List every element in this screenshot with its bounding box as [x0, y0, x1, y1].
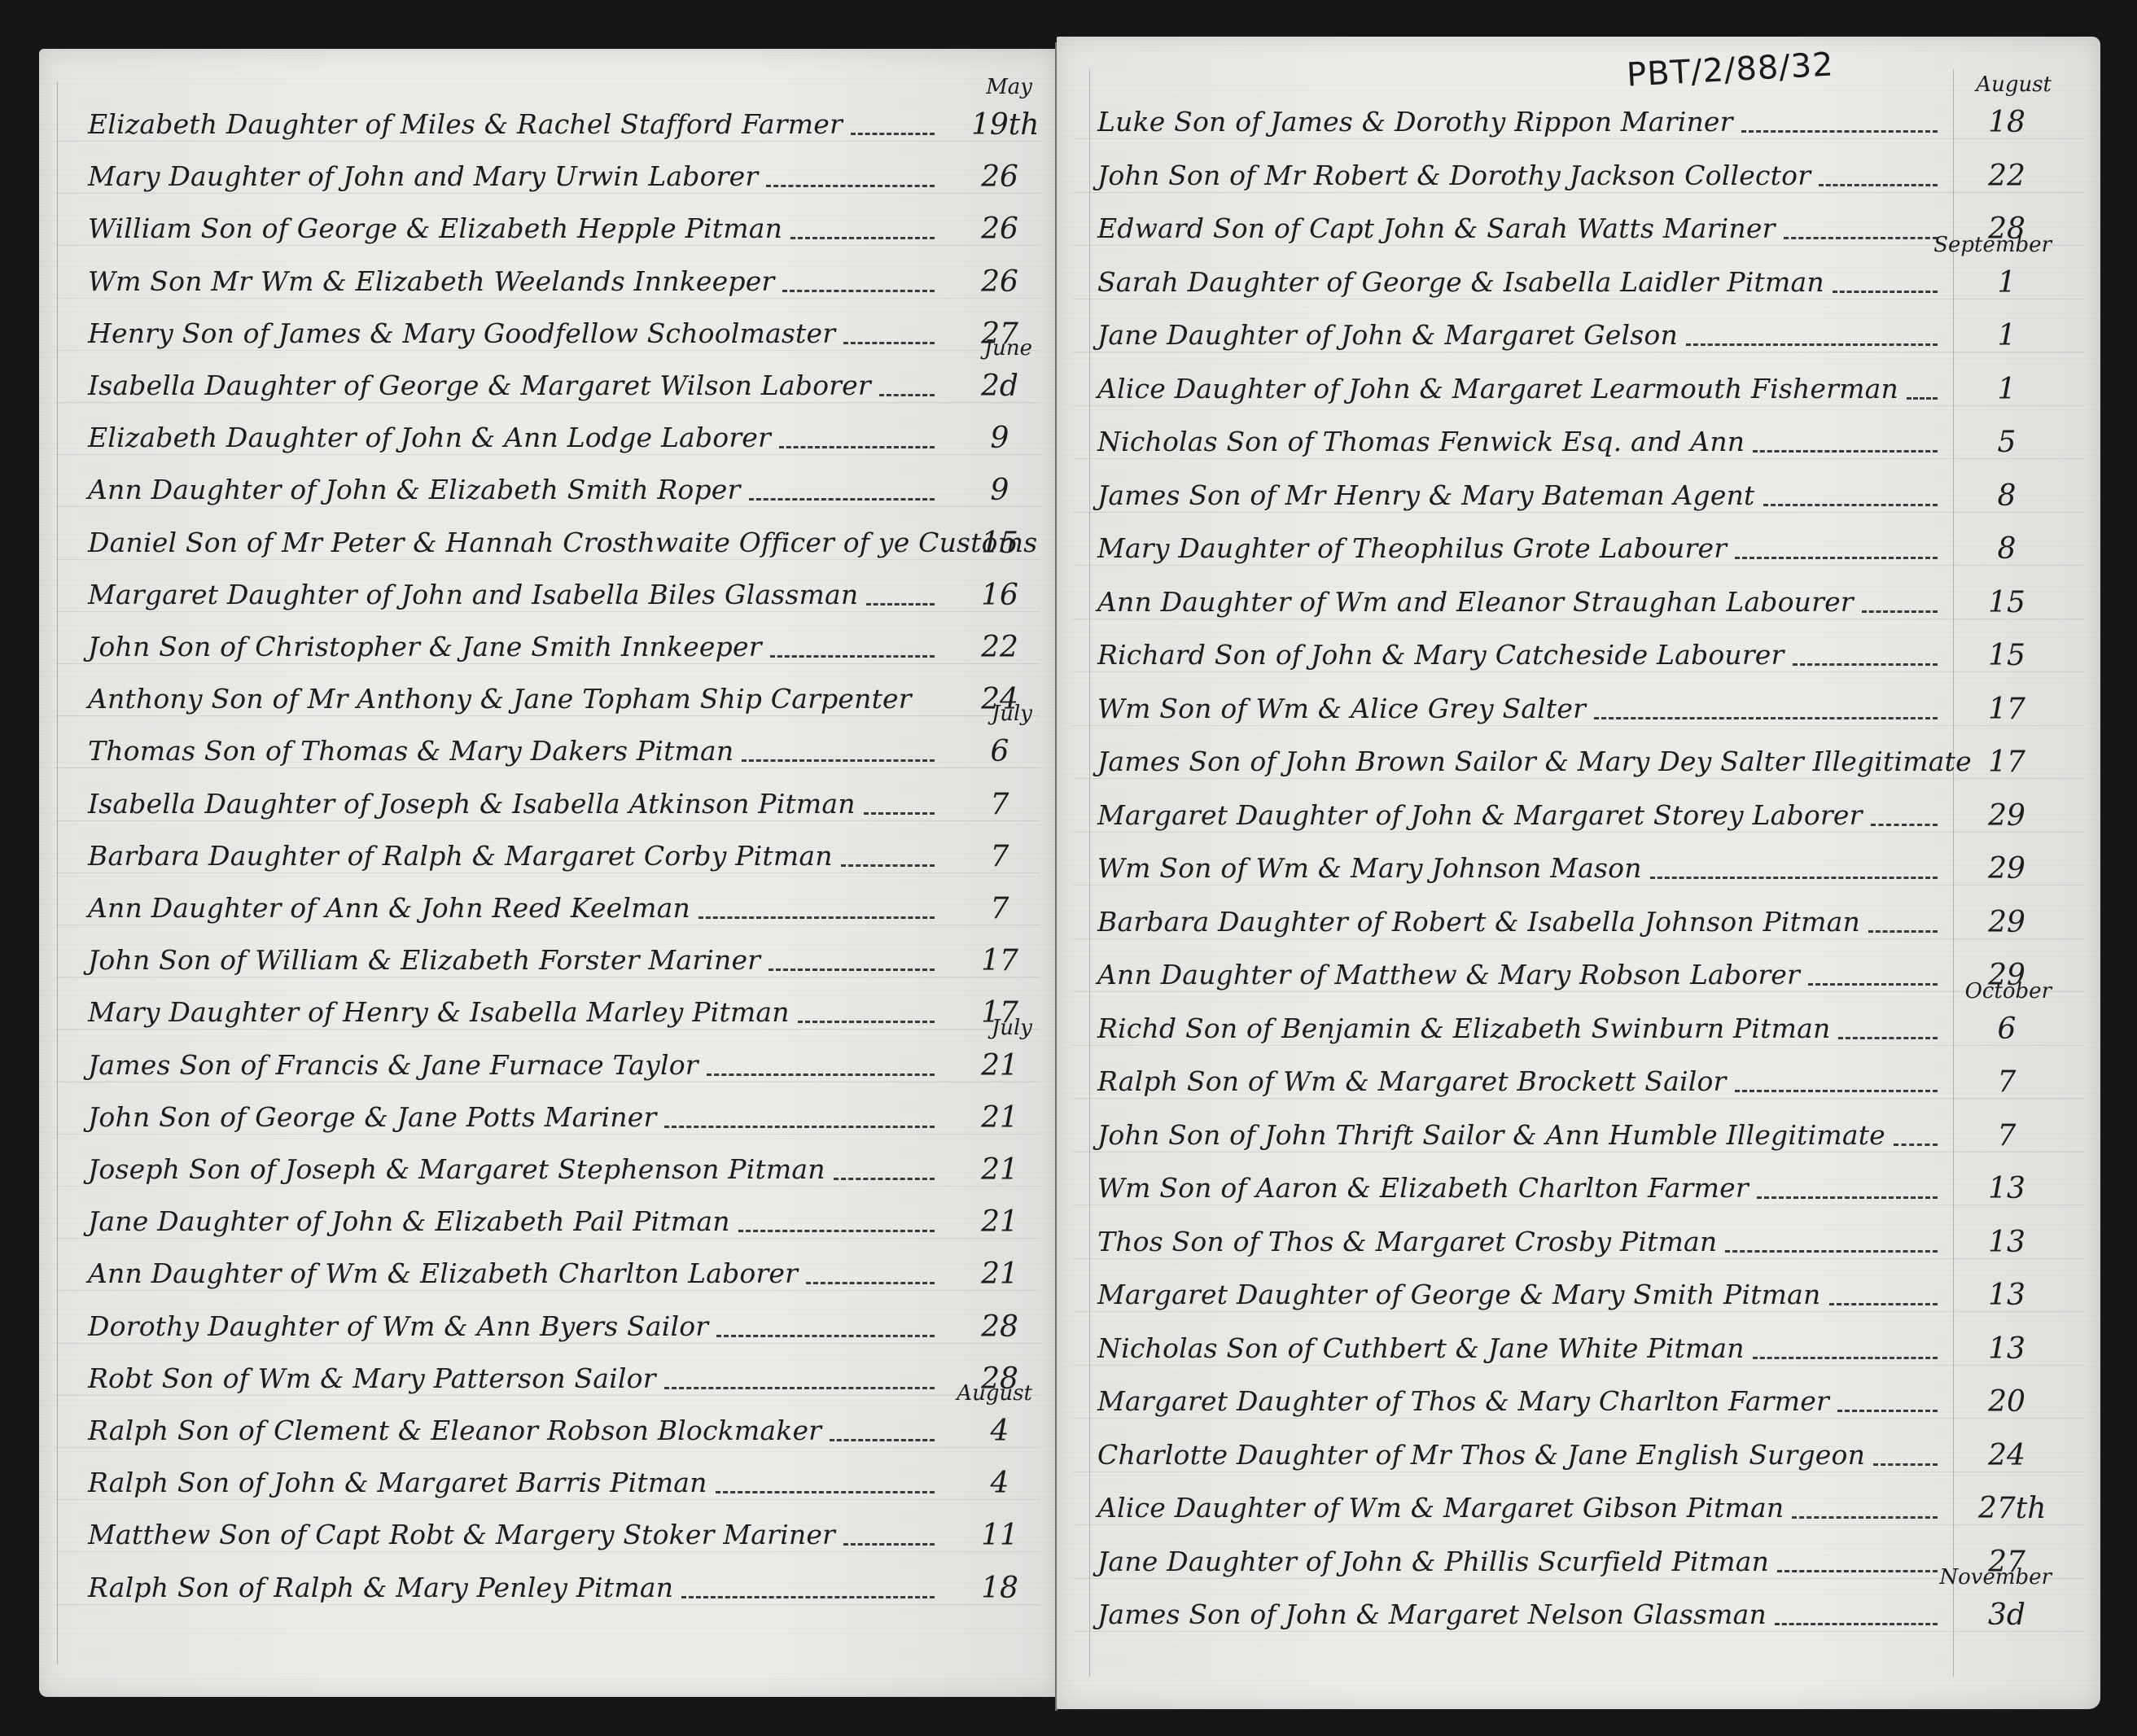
entry-text: Ralph Son of Wm & Margaret Brockett Sail… [1097, 1065, 1727, 1097]
register-entry: Thomas Son of Thomas & Mary Dakers Pitma… [39, 723, 1057, 772]
baptism-day: 27th [1978, 1492, 2035, 1525]
baptism-day: 4 [971, 1467, 1028, 1500]
month-heading: June [984, 336, 1032, 361]
month-heading: November [1939, 1565, 2052, 1590]
entry-text: Margaret Daughter of Thos & Mary Charlto… [1097, 1385, 1829, 1417]
register-entry: Elizabeth Daughter of Miles & Rachel Sta… [39, 96, 1057, 145]
ruled-line [55, 298, 1040, 299]
entry-text: Margaret Daughter of John & Margaret Sto… [1097, 799, 1863, 831]
ruled-line [55, 402, 1040, 403]
register-entry: Alice Daughter of Wm & Margaret Gibson P… [1057, 1480, 2100, 1528]
register-entry: Elizabeth Daughter of John & Ann Lodge L… [39, 409, 1057, 458]
register-entry: Matthew Son of Capt Robt & Margery Stoke… [39, 1506, 1057, 1555]
baptism-day: 15 [971, 527, 1028, 560]
baptism-day: 7 [1978, 1119, 2035, 1152]
entry-text: James Son of John & Margaret Nelson Glas… [1097, 1598, 1767, 1630]
ruled-line [1073, 885, 2084, 885]
register-entry: Mary Daughter of Theophilus Grote Labour… [1057, 520, 2100, 569]
register-entry: Wm Son of Wm & Alice Grey Salter 17 [1057, 680, 2100, 729]
register-entry: Nicholas Son of Thomas Fenwick Esq. and … [1057, 413, 2100, 462]
baptism-day: 8 [1978, 532, 2035, 566]
baptism-day: 21 [971, 1205, 1028, 1239]
ruled-line [1073, 1045, 2084, 1046]
dash-leader [1784, 237, 1938, 239]
baptism-day: 22 [1978, 160, 2035, 193]
register-entry: Jane Daughter of John & Elizabeth Pail P… [39, 1193, 1057, 1242]
dash-leader [830, 1439, 935, 1441]
ruled-line [1073, 458, 2084, 459]
ruled-line [1073, 1365, 2084, 1366]
dash-leader [716, 1491, 935, 1493]
baptism-day: 17 [1978, 746, 2035, 779]
month-heading: October [1965, 979, 2052, 1004]
baptism-day: 17 [1978, 693, 2035, 726]
dash-leader [790, 237, 935, 239]
ruled-line [55, 1186, 1040, 1187]
ruled-line [1073, 565, 2084, 566]
ruled-line [55, 506, 1040, 507]
dash-leader [779, 446, 935, 448]
ruled-line [1073, 832, 2084, 833]
dash-leader [681, 1596, 935, 1598]
dash-leader [769, 969, 935, 971]
dash-leader [749, 498, 935, 501]
register-entry: James Son of Mr Henry & Mary Bateman Age… [1057, 467, 2100, 516]
dash-leader [698, 916, 935, 919]
entry-text: Mary Daughter of John and Mary Urwin Lab… [88, 160, 758, 192]
register-entry: Ann Daughter of Matthew & Mary Robson La… [1057, 947, 2100, 995]
register-entry: James Son of Francis & Jane Furnace Tayl… [39, 1037, 1057, 1086]
baptism-day: 13 [1978, 1172, 2035, 1205]
entry-text: Thomas Son of Thomas & Mary Dakers Pitma… [88, 735, 733, 767]
ruled-line [1073, 1311, 2084, 1312]
ruled-line [1073, 245, 2084, 246]
month-heading: September [1933, 233, 2052, 257]
register-entry: Dorothy Daughter of Wm & Ann Byers Sailo… [39, 1298, 1057, 1347]
ruled-line [55, 767, 1040, 768]
dash-leader [1819, 184, 1938, 186]
entry-text: James Son of Francis & Jane Furnace Tayl… [88, 1049, 698, 1081]
entry-text: Dorothy Daughter of Wm & Ann Byers Sailo… [88, 1310, 708, 1342]
register-entry: Barbara Daughter of Ralph & Margaret Cor… [39, 828, 1057, 877]
register-entry: Wm Son of Aaron & Elizabeth Charlton Far… [1057, 1160, 2100, 1209]
baptism-day: 7 [971, 892, 1028, 925]
left-page: Elizabeth Daughter of Miles & Rachel Sta… [39, 49, 1057, 1697]
entry-text: Isabella Daughter of George & Margaret W… [88, 370, 871, 401]
baptism-day: 29 [1978, 799, 2035, 833]
ruled-line [1073, 1418, 2084, 1419]
register-entry: Ann Daughter of Wm & Elizabeth Charlton … [39, 1245, 1057, 1294]
baptism-day: 29 [1978, 906, 2035, 939]
ruled-line [55, 1082, 1040, 1082]
baptism-day: 8 [1978, 479, 2035, 513]
dash-leader [1757, 1196, 1938, 1199]
baptism-day: 21 [971, 1101, 1028, 1135]
dash-leader [798, 1021, 935, 1023]
entry-text: John Son of George & Jane Potts Mariner [88, 1101, 656, 1133]
ruled-line [55, 977, 1040, 977]
register-entry: John Son of William & Elizabeth Forster … [39, 932, 1057, 981]
dash-leader [1894, 1143, 1938, 1146]
dash-leader [851, 133, 935, 135]
register-entry: Ralph Son of Wm & Margaret Brockett Sail… [1057, 1053, 2100, 1102]
ruled-line [55, 1499, 1040, 1500]
register-entry: Alice Daughter of John & Margaret Learmo… [1057, 361, 2100, 409]
baptism-day: 5 [1978, 426, 2035, 459]
ruled-line [1073, 138, 2084, 139]
ruled-line [55, 820, 1040, 821]
dash-leader [1862, 610, 1938, 613]
entry-text: Nicholas Son of Cuthbert & Jane White Pi… [1097, 1332, 1745, 1364]
dash-leader [806, 1282, 935, 1284]
entry-text: Mary Daughter of Henry & Isabella Marley… [88, 996, 790, 1028]
entry-text: Alice Daughter of John & Margaret Learmo… [1097, 373, 1898, 404]
register-entry: William Son of George & Elizabeth Hepple… [39, 200, 1057, 249]
ruled-line [55, 1395, 1040, 1396]
entry-text: Barbara Daughter of Ralph & Margaret Cor… [88, 840, 833, 872]
baptism-day: 18 [971, 1572, 1028, 1605]
baptism-day: 26 [971, 265, 1028, 299]
entry-text: Isabella Daughter of Joseph & Isabella A… [88, 788, 856, 820]
register-entry: Luke Son of James & Dorothy Rippon Marin… [1057, 94, 2100, 142]
ruled-line [1073, 938, 2084, 939]
register-entry: Jane Daughter of John & Margaret Gelson … [1057, 307, 2100, 356]
register-entry: Ralph Son of Ralph & Mary Penley Pitman … [39, 1559, 1057, 1608]
dash-leader [1775, 1623, 1938, 1625]
entry-text: Edward Son of Capt John & Sarah Watts Ma… [1097, 212, 1776, 244]
register-entry: Margaret Daughter of John and Isabella B… [39, 566, 1057, 615]
baptism-day: 26 [971, 160, 1028, 194]
ruled-line [55, 1134, 1040, 1135]
baptism-day: 18 [1978, 106, 2035, 139]
baptism-day: 13 [1978, 1279, 2035, 1312]
baptism-day: 29 [1978, 852, 2035, 885]
ruled-line [1073, 725, 2084, 726]
entry-text: Ralph Son of Ralph & Mary Penley Pitman [88, 1572, 673, 1603]
archive-reference-label: PBT/2/88/32 [1626, 46, 1835, 94]
entry-text: Alice Daughter of Wm & Margaret Gibson P… [1097, 1492, 1784, 1524]
ruled-line [55, 245, 1040, 246]
ruled-line [55, 1447, 1040, 1448]
baptism-day: 17 [971, 944, 1028, 977]
register-entry: Ann Daughter of Wm and Eleanor Straughan… [1057, 574, 2100, 623]
register-entry: Wm Son of Wm & Mary Johnson Mason 29 [1057, 840, 2100, 889]
entry-text: Margaret Daughter of George & Mary Smith… [1097, 1279, 1821, 1310]
entry-text: James Son of John Brown Sailor & Mary De… [1097, 746, 1972, 777]
baptism-day: 19th [971, 108, 1028, 142]
entry-text: Charlotte Daughter of Mr Thos & Jane Eng… [1097, 1439, 1865, 1471]
entry-text: Elizabeth Daughter of Miles & Rachel Sta… [88, 108, 843, 140]
register-entry: John Son of John Thrift Sailor & Ann Hum… [1057, 1107, 2100, 1156]
dash-leader [742, 759, 935, 762]
register-entry: Ralph Son of John & Margaret Barris Pitm… [39, 1454, 1057, 1503]
baptism-day: 15 [1978, 586, 2035, 619]
baptism-day: 13 [1978, 1226, 2035, 1259]
month-heading: August [957, 1381, 1032, 1406]
entry-text: Jane Daughter of John & Phillis Scurfiel… [1097, 1546, 1769, 1577]
dash-leader [1763, 504, 1938, 506]
baptism-day: 4 [971, 1415, 1028, 1448]
dash-leader [1741, 130, 1938, 133]
baptism-day: 2d [971, 370, 1028, 403]
dash-leader [843, 1543, 935, 1546]
dash-leader [1907, 397, 1938, 400]
ruled-line [1073, 192, 2084, 193]
baptism-day: 6 [971, 735, 1028, 768]
entry-text: Anthony Son of Mr Anthony & Jane Topham … [88, 683, 912, 715]
ruled-line [55, 559, 1040, 560]
ruled-line [1073, 405, 2084, 406]
ruled-line [1073, 1258, 2084, 1259]
ruled-line [55, 1238, 1040, 1239]
entry-text: Elizabeth Daughter of John & Ann Lodge L… [88, 422, 771, 453]
dash-leader [664, 1126, 935, 1128]
baptism-day: 15 [1978, 639, 2035, 672]
baptism-day: 21 [971, 1257, 1028, 1291]
register-entry: John Son of Christopher & Jane Smith Inn… [39, 619, 1057, 667]
dash-leader [1829, 1303, 1938, 1305]
ruled-line [1073, 1152, 2084, 1152]
register-entry: Margaret Daughter of Thos & Mary Charlto… [1057, 1373, 2100, 1422]
ruled-line [1073, 512, 2084, 513]
dash-leader [879, 394, 935, 396]
entry-text: Ralph Son of Clement & Eleanor Robson Bl… [88, 1415, 821, 1446]
ruled-line [55, 1343, 1040, 1344]
ruled-line [55, 925, 1040, 925]
dash-leader [1686, 343, 1938, 346]
ruled-line [55, 715, 1040, 716]
entry-text: Thos Son of Thos & Margaret Crosby Pitma… [1097, 1226, 1717, 1257]
baptism-day: 6 [1978, 1012, 2035, 1046]
month-heading: July [992, 702, 1032, 726]
register-entry: Richard Son of John & Mary Catcheside La… [1057, 627, 2100, 676]
ruled-line [1073, 991, 2084, 992]
entry-text: Ann Daughter of John & Elizabeth Smith R… [88, 474, 741, 505]
dash-leader [1838, 1037, 1938, 1039]
dash-leader [1792, 1516, 1938, 1519]
register-entry: John Son of Mr Robert & Dorothy Jackson … [1057, 147, 2100, 196]
month-heading: August [1976, 72, 2052, 97]
entry-text: Wm Son of Wm & Mary Johnson Mason [1097, 852, 1642, 884]
register-entry: Richd Son of Benjamin & Elizabeth Swinbu… [1057, 1000, 2100, 1049]
baptism-day: 11 [971, 1519, 1028, 1552]
ruled-line [55, 1290, 1040, 1291]
dash-leader [770, 655, 935, 658]
register-entry: John Son of George & Jane Potts Mariner … [39, 1089, 1057, 1138]
register-entry: Isabella Daughter of Joseph & Isabella A… [39, 776, 1057, 824]
register-entry: Isabella Daughter of George & Margaret W… [39, 357, 1057, 406]
entry-text: Ann Daughter of Wm and Eleanor Straughan… [1097, 586, 1854, 618]
baptism-day: 26 [971, 212, 1028, 246]
dash-leader [664, 1387, 935, 1389]
register-entry: Ralph Son of Clement & Eleanor Robson Bl… [39, 1402, 1057, 1451]
dash-leader [1650, 877, 1938, 879]
dash-leader [843, 342, 935, 344]
entry-text: Wm Son of Wm & Alice Grey Salter [1097, 693, 1586, 724]
entry-text: Sarah Daughter of George & Isabella Laid… [1097, 266, 1824, 298]
entry-text: Matthew Son of Capt Robt & Margery Stoke… [88, 1519, 835, 1550]
register-entry: Barbara Daughter of Robert & Isabella Jo… [1057, 894, 2100, 942]
ruled-line [1073, 619, 2084, 619]
ruled-line [55, 611, 1040, 612]
dash-leader [1735, 1090, 1938, 1092]
entry-text: John Son of John Thrift Sailor & Ann Hum… [1097, 1119, 1885, 1151]
entry-text: William Son of George & Elizabeth Hepple… [88, 212, 782, 244]
entry-text: Wm Son of Aaron & Elizabeth Charlton Far… [1097, 1172, 1749, 1204]
ruled-line [55, 454, 1040, 455]
dash-leader [1753, 1357, 1938, 1359]
dash-leader [1725, 1250, 1938, 1253]
entry-text: Wm Son Mr Wm & Elizabeth Weelands Innkee… [88, 265, 774, 297]
baptism-day: 3d [1978, 1598, 2035, 1632]
dash-leader [707, 1074, 935, 1076]
ruled-line [1073, 1471, 2084, 1472]
dash-leader [1871, 824, 1938, 826]
baptism-day: 1 [1978, 266, 2035, 300]
dash-leader [1868, 930, 1938, 933]
entry-text: Richard Son of John & Mary Catcheside La… [1097, 639, 1784, 671]
baptism-day: 22 [971, 631, 1028, 664]
baptism-day: 13 [1978, 1332, 2035, 1366]
ruled-line [55, 350, 1040, 351]
ruled-line [1073, 1631, 2084, 1632]
entry-text: Ralph Son of John & Margaret Barris Pitm… [88, 1467, 707, 1498]
ruled-line [1073, 352, 2084, 352]
dash-leader [1833, 291, 1938, 293]
ruled-line [1073, 299, 2084, 300]
baptism-day: 1 [1978, 319, 2035, 352]
baptism-day: 1 [1978, 373, 2035, 406]
baptism-day: 7 [971, 788, 1028, 821]
entry-text: John Son of Christopher & Jane Smith Inn… [88, 631, 762, 662]
entry-text: James Son of Mr Henry & Mary Bateman Age… [1097, 479, 1755, 511]
dash-leader [1837, 1410, 1938, 1412]
entry-text: Daniel Son of Mr Peter & Hannah Crosthwa… [88, 527, 1037, 558]
ruled-line [1073, 1524, 2084, 1525]
dash-leader [841, 864, 935, 867]
entry-text: Luke Son of James & Dorothy Rippon Marin… [1097, 106, 1733, 138]
baptism-day: 16 [971, 579, 1028, 612]
baptism-day: 9 [971, 422, 1028, 455]
entry-text: Ann Daughter of Ann & John Reed Keelman [88, 892, 690, 924]
dash-leader [1753, 450, 1938, 453]
register-entry: Thos Son of Thos & Margaret Crosby Pitma… [1057, 1213, 2100, 1262]
dash-leader [716, 1335, 935, 1337]
register-entry: Daniel Son of Mr Peter & Hannah Crosthwa… [39, 514, 1057, 563]
baptism-day: 21 [971, 1153, 1028, 1187]
dash-leader [1793, 663, 1938, 666]
register-entry: Charlotte Daughter of Mr Thos & Jane Eng… [1057, 1427, 2100, 1476]
entry-text: Nicholas Son of Thomas Fenwick Esq. and … [1097, 426, 1745, 457]
register-entry: Margaret Daughter of George & Mary Smith… [1057, 1266, 2100, 1315]
month-heading: July [992, 1016, 1032, 1040]
ruled-line [55, 1029, 1040, 1030]
dash-leader [766, 185, 935, 187]
baptism-day: 28 [971, 1310, 1028, 1344]
register-entry: Ann Daughter of Ann & John Reed Keelman … [39, 880, 1057, 929]
entry-text: Richd Son of Benjamin & Elizabeth Swinbu… [1097, 1012, 1830, 1044]
ruled-line [1073, 1205, 2084, 1205]
ruled-line [55, 872, 1040, 873]
baptism-day: 24 [1978, 1439, 2035, 1472]
month-heading: May [986, 75, 1032, 99]
dash-leader [738, 1230, 935, 1232]
baptism-day: 21 [971, 1049, 1028, 1082]
ruled-line [55, 141, 1040, 142]
ruled-line [1073, 1098, 2084, 1099]
entry-text: Robt Son of Wm & Mary Patterson Sailor [88, 1362, 656, 1394]
dash-leader [1873, 1463, 1938, 1466]
ruled-line [1073, 778, 2084, 779]
entry-text: Jane Daughter of John & Elizabeth Pail P… [88, 1205, 730, 1237]
register-entry: Sarah Daughter of George & Isabella Laid… [1057, 254, 2100, 303]
entry-text: Mary Daughter of Theophilus Grote Labour… [1097, 532, 1727, 564]
ruled-line [1073, 671, 2084, 672]
ruled-line [1073, 1578, 2084, 1579]
entry-text: Joseph Son of Joseph & Margaret Stephens… [88, 1153, 825, 1185]
entry-text: Barbara Daughter of Robert & Isabella Jo… [1097, 906, 1860, 938]
baptism-day: 7 [1978, 1065, 2035, 1099]
right-page: PBT/2/88/32 Luke Son of James & Dorothy … [1057, 37, 2100, 1709]
register-entry: Wm Son Mr Wm & Elizabeth Weelands Innkee… [39, 253, 1057, 302]
register-entry: James Son of John Brown Sailor & Mary De… [1057, 733, 2100, 782]
entry-text: John Son of William & Elizabeth Forster … [88, 944, 760, 976]
register-entry: Ann Daughter of John & Elizabeth Smith R… [39, 461, 1057, 510]
entry-text: Ann Daughter of Wm & Elizabeth Charlton … [88, 1257, 798, 1289]
entry-text: Henry Son of James & Mary Goodfellow Sch… [88, 317, 835, 349]
ruled-line [55, 1604, 1040, 1605]
register-entry: Mary Daughter of Henry & Isabella Marley… [39, 984, 1057, 1033]
dash-leader [1777, 1570, 1938, 1572]
dash-leader [834, 1178, 935, 1180]
register-entry: Mary Daughter of John and Mary Urwin Lab… [39, 148, 1057, 197]
dash-leader [782, 290, 935, 292]
baptism-day: 9 [971, 474, 1028, 507]
dash-leader [1594, 717, 1938, 719]
entry-text: Ann Daughter of Matthew & Mary Robson La… [1097, 959, 1800, 990]
ruled-line [55, 1551, 1040, 1552]
dash-leader [1735, 557, 1938, 559]
dash-leader [866, 603, 935, 606]
entry-text: Jane Daughter of John & Margaret Gelson [1097, 319, 1678, 351]
register-entry: Nicholas Son of Cuthbert & Jane White Pi… [1057, 1320, 2100, 1369]
dash-leader [1808, 983, 1938, 986]
baptism-day: 20 [1978, 1385, 2035, 1419]
baptism-day: 7 [971, 840, 1028, 873]
entry-text: Margaret Daughter of John and Isabella B… [88, 579, 858, 610]
register-entry: Henry Son of James & Mary Goodfellow Sch… [39, 305, 1057, 354]
register-entry: Margaret Daughter of John & Margaret Sto… [1057, 787, 2100, 836]
register-entry: Anthony Son of Mr Anthony & Jane Topham … [39, 671, 1057, 719]
ruled-line [55, 663, 1040, 664]
register-entry: Robt Son of Wm & Mary Patterson Sailor 2… [39, 1350, 1057, 1399]
ruled-line [55, 193, 1040, 194]
register-entry: James Son of John & Margaret Nelson Glas… [1057, 1586, 2100, 1635]
register-entry: Joseph Son of Joseph & Margaret Stephens… [39, 1141, 1057, 1190]
entry-text: John Son of Mr Robert & Dorothy Jackson … [1097, 160, 1811, 191]
dash-leader [864, 812, 935, 815]
